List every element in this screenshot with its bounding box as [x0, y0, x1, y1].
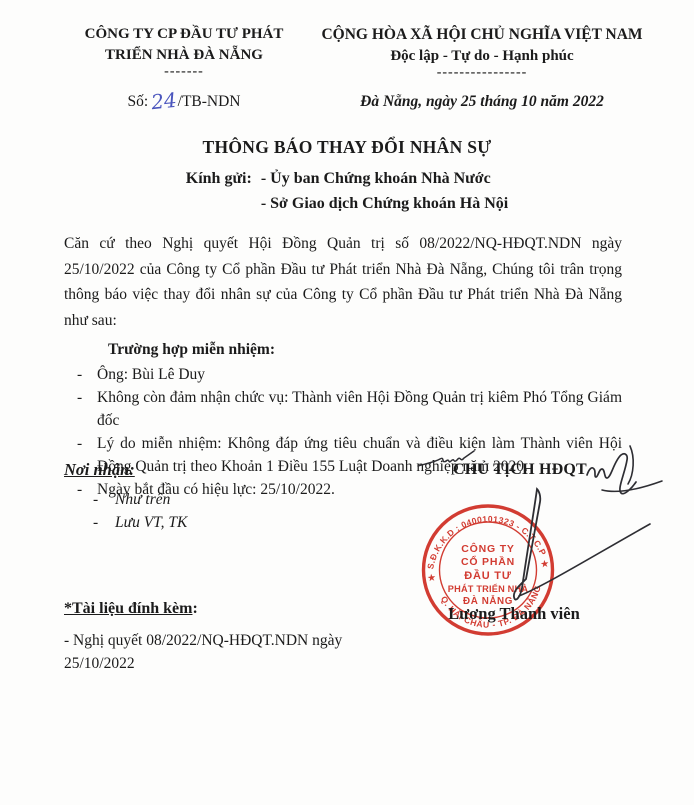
- dismissal-list: - Ông: Bùi Lê Duy - Không còn đảm nhận c…: [64, 363, 622, 501]
- list-item: - Không còn đảm nhận chức vụ: Thành viên…: [64, 386, 622, 432]
- scanned-document: CÔNG TY CP ĐẦU TƯ PHÁT TRIỂN NHÀ ĐÀ NẴNG…: [0, 0, 694, 805]
- company-name-line2: TRIỂN NHÀ ĐÀ NẴNG: [64, 45, 304, 66]
- place-and-date: Đà Nẵng, ngày 25 tháng 10 năm 2022: [306, 93, 658, 111]
- distribution-item-text: Như trên: [115, 491, 170, 509]
- attachments-label: *Tài liệu đính kèm:: [64, 600, 198, 618]
- signer-name: Lương Thanh viên: [434, 604, 594, 624]
- list-item-text: Không còn đảm nhận chức vụ: Thành viên H…: [97, 386, 622, 432]
- doc-number-suffix: /TB-NDN: [178, 93, 241, 110]
- bullet-dash: -: [93, 514, 115, 532]
- distribution-item-text: Lưu VT, TK: [115, 514, 187, 532]
- seal-star-left-icon: ★: [426, 572, 436, 584]
- company-divider: -------: [64, 66, 304, 78]
- distribution-item: - Lưu VT, TK: [93, 514, 187, 532]
- seal-center-line: CÔNG TY: [461, 542, 514, 555]
- body-paragraph: Căn cứ theo Nghị quyết Hội Đồng Quản trị…: [64, 231, 622, 333]
- number-date-row: Số:24/TB-NDN Đà Nẵng, ngày 25 tháng 10 n…: [0, 79, 694, 111]
- national-motto-block: CỘNG HÒA XÃ HỘI CHỦ NGHĨA VIỆT NAM Độc l…: [306, 24, 658, 79]
- recipient-line: - Sở Giao dịch Chứng khoán Hà Nội: [261, 191, 508, 216]
- page-title: THÔNG BÁO THAY ĐỔI NHÂN SỰ: [0, 137, 694, 158]
- republic-line2: Độc lập - Tự do - Hạnh phúc: [306, 45, 658, 67]
- list-item: - Ông: Bùi Lê Duy: [64, 363, 622, 386]
- recipients-label: Kính gửi:: [186, 166, 252, 216]
- bullet-dash: -: [64, 386, 97, 432]
- attachment-item: - Nghị quyết 08/2022/NQ-HĐQT.NDN ngày 25…: [64, 629, 399, 675]
- doc-number-handwritten: 24: [151, 100, 176, 103]
- republic-line1: CỘNG HÒA XÃ HỘI CHỦ NGHĨA VIỆT NAM: [306, 24, 658, 45]
- seal-center-line: CỔ PHẦN: [461, 555, 515, 568]
- company-name-line1: CÔNG TY CP ĐẦU TƯ PHÁT: [64, 24, 304, 45]
- recipient-line: - Ủy ban Chứng khoán Nhà Nước: [261, 166, 508, 191]
- document-number: Số:24/TB-NDN: [64, 93, 304, 111]
- list-item-text: Ngày bắt đầu có hiệu lực: 25/10/2022.: [97, 478, 622, 501]
- doc-number-label: Số:: [128, 93, 149, 110]
- section-heading: Trường hợp miễn nhiệm:: [108, 338, 694, 361]
- recipients-block: Kính gửi: - Ủy ban Chứng khoán Nhà Nước …: [186, 166, 508, 216]
- bullet-dash: -: [93, 491, 115, 509]
- republic-divider: ----------------: [306, 67, 658, 79]
- signer-title: CHỦ TỊCH HĐQT: [420, 461, 620, 479]
- seal-center-line: PHÁT TRIỂN NHÀ: [448, 583, 529, 594]
- issuing-company-block: CÔNG TY CP ĐẦU TƯ PHÁT TRIỂN NHÀ ĐÀ NẴNG…: [64, 24, 304, 79]
- distribution-label: Nơi nhận:: [64, 460, 135, 480]
- document-header: CÔNG TY CP ĐẦU TƯ PHÁT TRIỂN NHÀ ĐÀ NẴNG…: [0, 0, 694, 79]
- list-item-text: Ông: Bùi Lê Duy: [97, 363, 622, 386]
- bullet-dash: -: [64, 363, 97, 386]
- seal-center-line: ĐẦU TƯ: [464, 569, 512, 582]
- seal-star-right-icon: ★: [540, 559, 550, 571]
- distribution-item: - Như trên: [93, 491, 170, 509]
